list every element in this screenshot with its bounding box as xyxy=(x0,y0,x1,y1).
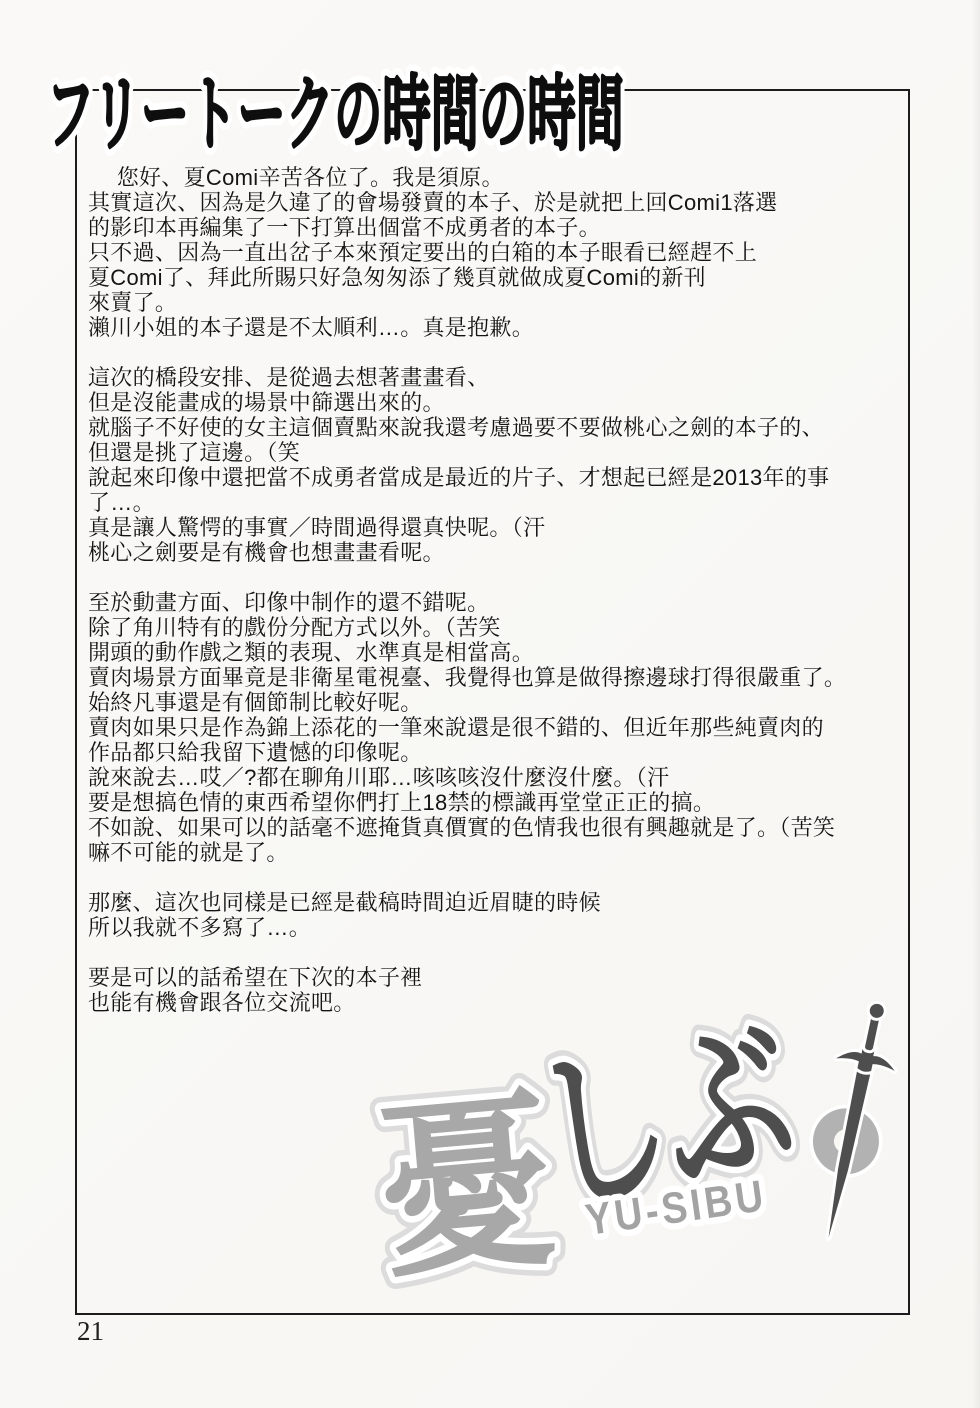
afterword-text: 您好、夏Comi辛苦各位了。我是須原。 其實這次、因為是久違了的會場發賣的本子、… xyxy=(88,165,894,1040)
scanned-doujin-page: フリートークの時間の時間 フリートークの時間の時間 您好、夏Comi辛苦各位了。… xyxy=(0,0,980,1408)
paragraph-story: 這次的橋段安排、是從過去想著畫畫看、 但是沒能畫成的場景中篩選出來的。 就腦子不… xyxy=(88,365,894,565)
sword-pommel xyxy=(868,1003,885,1020)
page-title: フリートークの時間の時間 フリートークの時間の時間 xyxy=(36,50,666,175)
scan-edge-shading xyxy=(972,0,980,1408)
page-title-text: フリートークの時間の時間 xyxy=(46,69,624,160)
sword-icon xyxy=(793,997,907,1244)
paragraph-deadline: 那麼、這次也同樣是已經是截稿時間迫近眉睫的時候 所以我就不多寫了…。 xyxy=(88,890,894,940)
logo-kanji: 憂 憂 憂 xyxy=(372,1074,562,1300)
paragraph-greeting: 您好、夏Comi辛苦各位了。我是須原。 其實這次、因為是久違了的會場發賣的本子、… xyxy=(88,165,894,340)
yusibu-logo: 憂 憂 憂 しぶ しぶ しぶ YU-SIBU YU-SIBU xyxy=(378,990,923,1295)
paragraph-anime: 至於動畫方面、印像中制作的還不錯呢。 除了角川特有的戲份分配方式以外。（苦笑 開… xyxy=(88,590,894,865)
page-number: 21 xyxy=(77,1316,104,1347)
logo-kanji-text: 憂 xyxy=(372,1074,562,1300)
